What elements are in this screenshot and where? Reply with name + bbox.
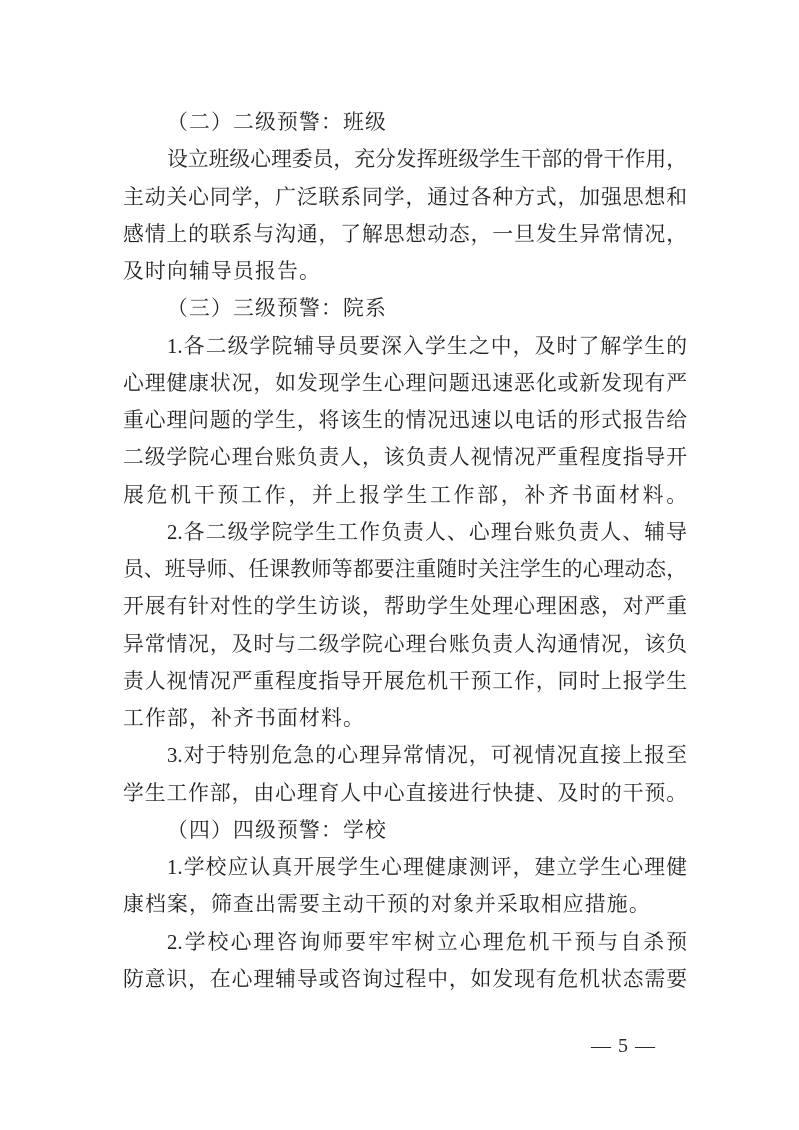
text-line: 及时向辅导员报告。 <box>123 253 687 290</box>
text-line: 心理健康状况，如发现学生心理问题迅速恶化或新发现有严 <box>123 365 687 402</box>
text-line: 2.学校心理咨询师要牢牢树立心理危机干预与自杀预 <box>123 924 687 961</box>
text-line: 异常情况，及时与二级学院心理台账负责人沟通情况，该负 <box>123 626 687 663</box>
text-line: 责人视情况严重程度指导开展危机干预工作，同时上报学生 <box>123 663 687 700</box>
text-line: 1.各二级学院辅导员要深入学生之中，及时了解学生的 <box>123 328 687 365</box>
text-line: 3.对于特别危急的心理异常情况，可视情况直接上报至 <box>123 737 687 774</box>
text-line: 1.学校应认真开展学生心理健康测评，建立学生心理健 <box>123 849 687 886</box>
text-line: 设立班级心理委员，充分发挥班级学生干部的骨干作用， <box>123 141 687 178</box>
text-line: （二）二级预警：班级 <box>123 104 687 141</box>
text-line: 展危机干预工作，并上报学生工作部，补齐书面材料。 <box>123 477 687 514</box>
text-line: 二级学院心理台账负责人，该负责人视情况严重程度指导开 <box>123 439 687 476</box>
text-line: 开展有针对性的学生访谈，帮助学生处理心理困惑，对严重 <box>123 588 687 625</box>
text-line: 康档案，筛查出需要主动干预的对象并采取相应措施。 <box>123 886 687 923</box>
page-number: — 5 — <box>591 1035 656 1058</box>
text-line: 学生工作部，由心理育人中心直接进行快捷、及时的干预。 <box>123 775 687 812</box>
text-line: 防意识，在心理辅导或咨询过程中，如发现有危机状态需要 <box>123 961 687 998</box>
text-line: 主动关心同学，广泛联系同学，通过各种方式，加强思想和 <box>123 179 687 216</box>
text-line: （三）三级预警：院系 <box>123 290 687 327</box>
text-line: 重心理问题的学生，将该生的情况迅速以电话的形式报告给 <box>123 402 687 439</box>
text-line: 工作部，补齐书面材料。 <box>123 700 687 737</box>
document-page: （二）二级预警：班级设立班级心理委员，充分发挥班级学生干部的骨干作用，主动关心同… <box>0 0 799 1130</box>
text-line: 2.各二级学院学生工作负责人、心理台账负责人、辅导 <box>123 514 687 551</box>
text-line: （四）四级预警：学校 <box>123 812 687 849</box>
text-line: 感情上的联系与沟通，了解思想动态，一旦发生异常情况， <box>123 216 687 253</box>
text-line: 员、班导师、任课教师等都要注重随时关注学生的心理动态， <box>123 551 687 588</box>
document-body: （二）二级预警：班级设立班级心理委员，充分发挥班级学生干部的骨干作用，主动关心同… <box>123 104 687 998</box>
